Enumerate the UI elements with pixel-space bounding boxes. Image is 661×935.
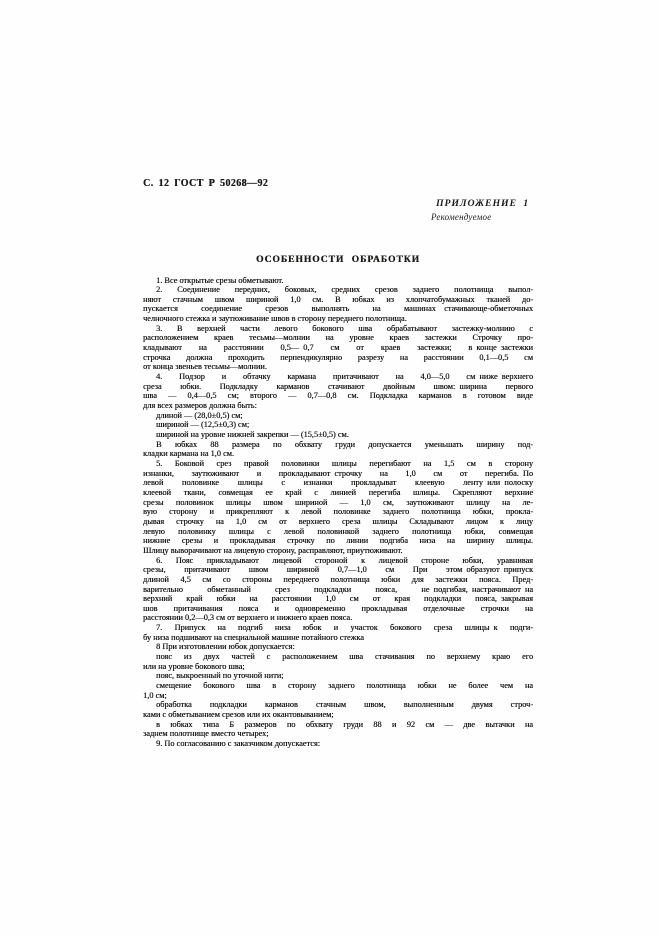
text-line: 9. По согласованию с заказчиком допускае… [143, 739, 533, 749]
text-line: пояс из двух частей с расположением шва … [143, 652, 533, 662]
text-line: шов притачивания пояса и одновременно пр… [143, 604, 533, 614]
running-header: С. 12 ГОСТ Р 50268—92 [143, 178, 268, 189]
text-line: варительно обметанный срез подкладки поя… [143, 585, 533, 595]
text-line: 1,0 см; [143, 691, 533, 701]
text-line: 8 При изготовлении юбок допускается: [143, 642, 533, 652]
text-line: кладывают на расстоянии 0,5— 0,7 см от к… [143, 343, 533, 353]
text-line: 4. Подзор и обтачку кармана притачивают … [143, 372, 533, 382]
text-line: 7. Припуск на подгиб низа юбок и участок… [143, 623, 533, 633]
text-line: няют стачным швом шириной 1,0 см. В юбка… [143, 295, 533, 305]
text-line: смещение бокового шва в сторону заднего … [143, 681, 533, 691]
text-line: от конца звеньев тесьмы—молнии. [143, 362, 533, 372]
text-line: обработка подкладки карманов стачным шво… [143, 700, 533, 710]
text-line: кладки кармана на 1,0 см. [143, 449, 533, 459]
text-line: 3. В верхней части левого бокового шва о… [143, 324, 533, 334]
text-line: левую половинку шлицы с левой половинкой… [143, 527, 533, 537]
document-page: С. 12 ГОСТ Р 50268—92 ПРИЛОЖЕНИЕ 1 Реком… [0, 0, 661, 935]
text-line: В юбках 88 размера по обхвату груди допу… [143, 440, 533, 450]
text-line: срезы, притачивают швом шириной 0,7—1,0 … [143, 565, 533, 575]
text-line: в юбках типа Б размеров по обхвату груди… [143, 720, 533, 730]
text-line: ками с обметыванием срезов или их оканто… [143, 710, 533, 720]
text-line: заднем полотнище вместо четырех; [143, 729, 533, 739]
text-line: длиной 4,5 см со стороны переднего полот… [143, 575, 533, 585]
text-line: 5. Боковой срез правой половинки шлицы п… [143, 459, 533, 469]
text-line: среза юбки. Подкладку карманов стачивают… [143, 382, 533, 392]
text-line: шириной на уровне нижней закрепки — (15,… [143, 430, 533, 440]
appendix-title: ПРИЛОЖЕНИЕ 1 [431, 198, 529, 209]
text-line: дывая строчку на 1,0 см от верхнего срез… [143, 517, 533, 527]
text-line: для всех размеров должна быть: [143, 401, 533, 411]
text-line: пускается соединение срезов выполнять на… [143, 304, 533, 314]
section-title: ОСОБЕННОСТИ ОБРАБОТКИ [143, 255, 533, 265]
text-line: вую сторону и прикрепляют к левой полови… [143, 507, 533, 517]
text-line: клеевой ткани, совмещая ее край с линией… [143, 488, 533, 498]
text-line: срезы половинок шлицы швом шириной — 1,0… [143, 498, 533, 508]
text-line: Шлицу выворачивают на лицевую сторону, р… [143, 546, 533, 556]
text-line: челночного стежка и заутюживание швов в … [143, 314, 533, 324]
text-line: или на уровне бокового шва; [143, 662, 533, 672]
body-text: 1. Все открытые срезы обметывают.2. Соед… [143, 276, 533, 749]
text-line: бу низа подшивают на специальной машине … [143, 633, 533, 643]
text-line: нижние срезы и прокладывая строчку по ли… [143, 536, 533, 546]
text-line: расстоянии 0,2—0,3 см от верхнего и нижн… [143, 613, 533, 623]
text-line: верхний край юбки на расстоянии 1,0 см о… [143, 594, 533, 604]
text-line: 1. Все открытые срезы обметывают. [143, 276, 533, 286]
text-line: левой половинке шлицы с изнанки проклады… [143, 478, 533, 488]
text-line: 2. Соединение передних, боковых, средних… [143, 285, 533, 295]
text-line: строчка должна проходить перпендикулярно… [143, 353, 533, 363]
text-line: шва — 0,4—0,5 см; второго — 0,7—0,8 см. … [143, 391, 533, 401]
text-line: длиной — (28,0±0,5) см; [143, 411, 533, 421]
text-line: шириной — (12,5±0,3) см; [143, 420, 533, 430]
text-line: 6. Пояс прикладывают лицевой стороной к … [143, 556, 533, 566]
appendix-subtitle: Рекомендуемое [431, 212, 529, 222]
text-line: пояс, выкроенный по уточной нити; [143, 671, 533, 681]
text-line: расположением краев тесьмы—молнии на уро… [143, 333, 533, 343]
text-line: изнанки, заутюживают и прокладывают стро… [143, 469, 533, 479]
appendix-block: ПРИЛОЖЕНИЕ 1 Рекомендуемое [431, 198, 529, 222]
